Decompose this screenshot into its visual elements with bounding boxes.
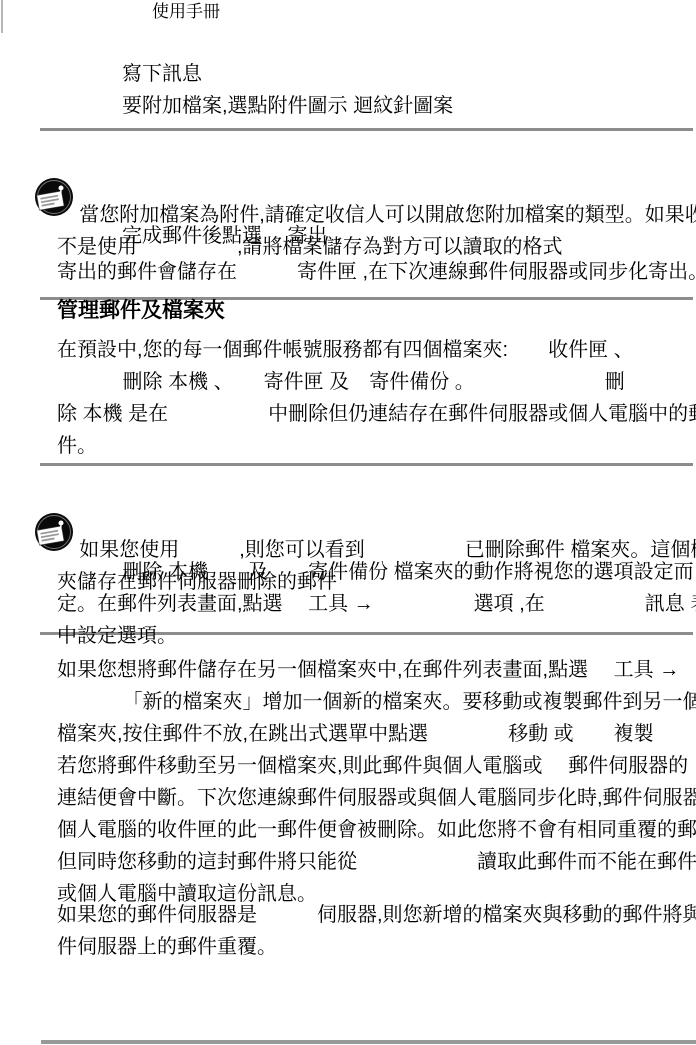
- paragraph-move-mail: 若您將郵件移動至另一個檔案夾,則此郵件與個人電腦或 郵件伺服器的 連結便會中斷。…: [57, 750, 696, 910]
- section-heading: 管理郵件及檔案夾: [57, 296, 225, 326]
- paragraph-folder-options: 刪除 本機 及 寄件備份 檔案夾的動作將視您的選項設定而 定。在郵件列表畫面,點…: [57, 556, 696, 652]
- note-icon: [1, 480, 41, 520]
- manual-page: 使用手冊 寫下訊息 要附加檔案,選點附件圖示 迴紋針圖案 當您附加檔案為附件,請…: [0, 0, 696, 1045]
- paragraph-default-folders: 在預設中,您的每一個郵件帳號服務都有四個檔案夾: 收件匣 、 刪除 本機 、 寄…: [57, 334, 696, 462]
- steps-write-message: 寫下訊息 要附加檔案,選點附件圖示 迴紋針圖案: [122, 58, 453, 122]
- page-footer-rule: [41, 1040, 696, 1044]
- page-header: 使用手冊: [152, 0, 220, 24]
- page-edge-mark: [1, 0, 3, 33]
- note-icon: [1, 145, 41, 185]
- step-send-mail: 完成郵件後點選 寄出: [122, 220, 328, 252]
- paragraph-outbox: 寄出的郵件會儲存在 寄件匣 ,在下次連線郵件伺服器或同步化寄出。: [57, 256, 696, 288]
- paragraph-imap-server: 如果您的郵件伺服器是 伺服器,則您新增的檔案夾與移動的郵件將與郵 件伺服器上的郵…: [57, 899, 696, 963]
- paragraph-new-folder: 如果您想將郵件儲存在另一個檔案夾中,在郵件列表畫面,點選 工具 → 「新的檔案夾…: [57, 654, 696, 750]
